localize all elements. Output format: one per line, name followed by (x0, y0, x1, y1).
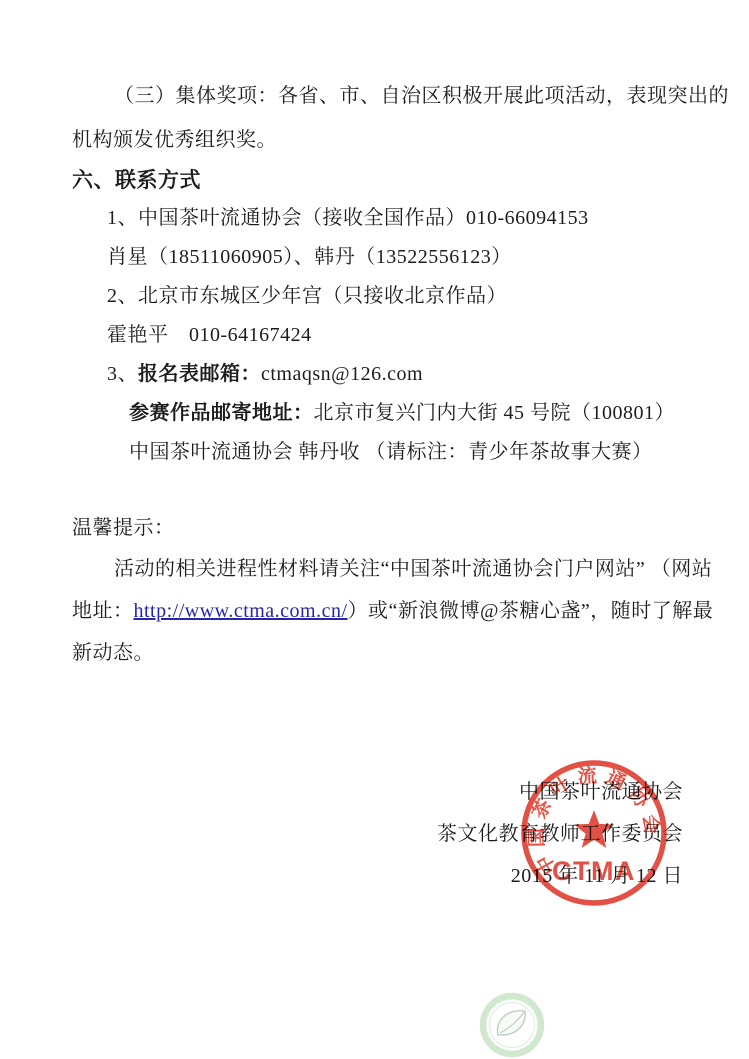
signature-block: 中国茶叶流通协会 茶文化教育教师工作委员会 2015 年 11 月 12 日 (72, 771, 692, 897)
tips-paragraph: 活动的相关进程性材料请关注“中国茶叶流通协会门户网站” （网站 地址：http:… (72, 548, 692, 674)
contact-item-beijing-palace: 2、北京市东城区少年宫（只接收北京作品） (72, 277, 692, 316)
mailing-recipient-line: 中国茶叶流通协会 韩丹收 （请标注：青少年茶故事大赛） (72, 433, 692, 472)
mailing-address-value: 北京市复兴门内大街 45 号院（100801） (314, 402, 676, 424)
tips-line: 新动态。 (72, 632, 692, 674)
mailing-address-label: 参赛作品邮寄地址： (129, 402, 314, 424)
contact-item-ctma: 1、中国茶叶流通协会（接收全国作品）010-66094153 (72, 199, 692, 238)
tea-leaf-icon (498, 1011, 526, 1035)
tea-leaf-vein (500, 1012, 524, 1033)
email-address: ctmaqsn@126.com (261, 363, 423, 385)
website-address-label: 地址： (72, 600, 134, 622)
email-item-number: 3、 (107, 363, 138, 385)
watermark-ring-dots (486, 999, 538, 1051)
email-label: 报名表邮箱： (138, 363, 261, 385)
document-page: （三）集体奖项：各省、市、自治区积极开展此项活动，表现突出的 机构颁发优秀组织奖… (0, 0, 749, 1059)
watermark-ring (483, 996, 541, 1054)
paragraph-line: （三）集体奖项：各省、市、自治区积极开展此项活动，表现突出的 (72, 74, 692, 118)
signature-org-line1: 中国茶叶流通协会 (72, 771, 683, 813)
tips-heading: 温馨提示： (72, 508, 692, 548)
document-body: （三）集体奖项：各省、市、自治区积极开展此项活动，表现突出的 机构颁发优秀组织奖… (72, 74, 692, 897)
tips-line: 地址：http://www.ctma.com.cn/）或“新浪微博@茶糖心盏”，… (72, 590, 692, 632)
tea-leaf-watermark (477, 990, 547, 1059)
contact-item-beijing-person: 霍艳平 010-64167424 (72, 316, 692, 355)
contact-list: 1、中国茶叶流通协会（接收全国作品）010-66094153 肖星（185110… (72, 199, 692, 472)
mailing-address-line: 参赛作品邮寄地址：北京市复兴门内大街 45 号院（100801） (72, 394, 692, 433)
contact-item-email: 3、报名表邮箱：ctmaqsn@126.com (72, 355, 692, 394)
contact-section-heading: 六、联系方式 (72, 162, 692, 199)
signature-date: 2015 年 11 月 12 日 (72, 855, 683, 897)
ctma-website-link[interactable]: http://www.ctma.com.cn/ (134, 600, 348, 622)
tea-leaf-watermark-graphic (477, 990, 547, 1059)
paragraph-line: 机构颁发优秀组织奖。 (72, 118, 692, 162)
contact-item-ctma-persons: 肖星（18511060905）、韩丹（13522556123） (72, 238, 692, 277)
collective-award-paragraph: （三）集体奖项：各省、市、自治区积极开展此项活动，表现突出的 机构颁发优秀组织奖… (72, 74, 692, 162)
tips-line: 活动的相关进程性材料请关注“中国茶叶流通协会门户网站” （网站 (72, 548, 692, 590)
signature-org-line2: 茶文化教育教师工作委员会 (72, 813, 683, 855)
tips-line-suffix: ）或“新浪微博@茶糖心盏”，随时了解最 (348, 600, 714, 622)
watermark-inner-circle (490, 1003, 535, 1048)
